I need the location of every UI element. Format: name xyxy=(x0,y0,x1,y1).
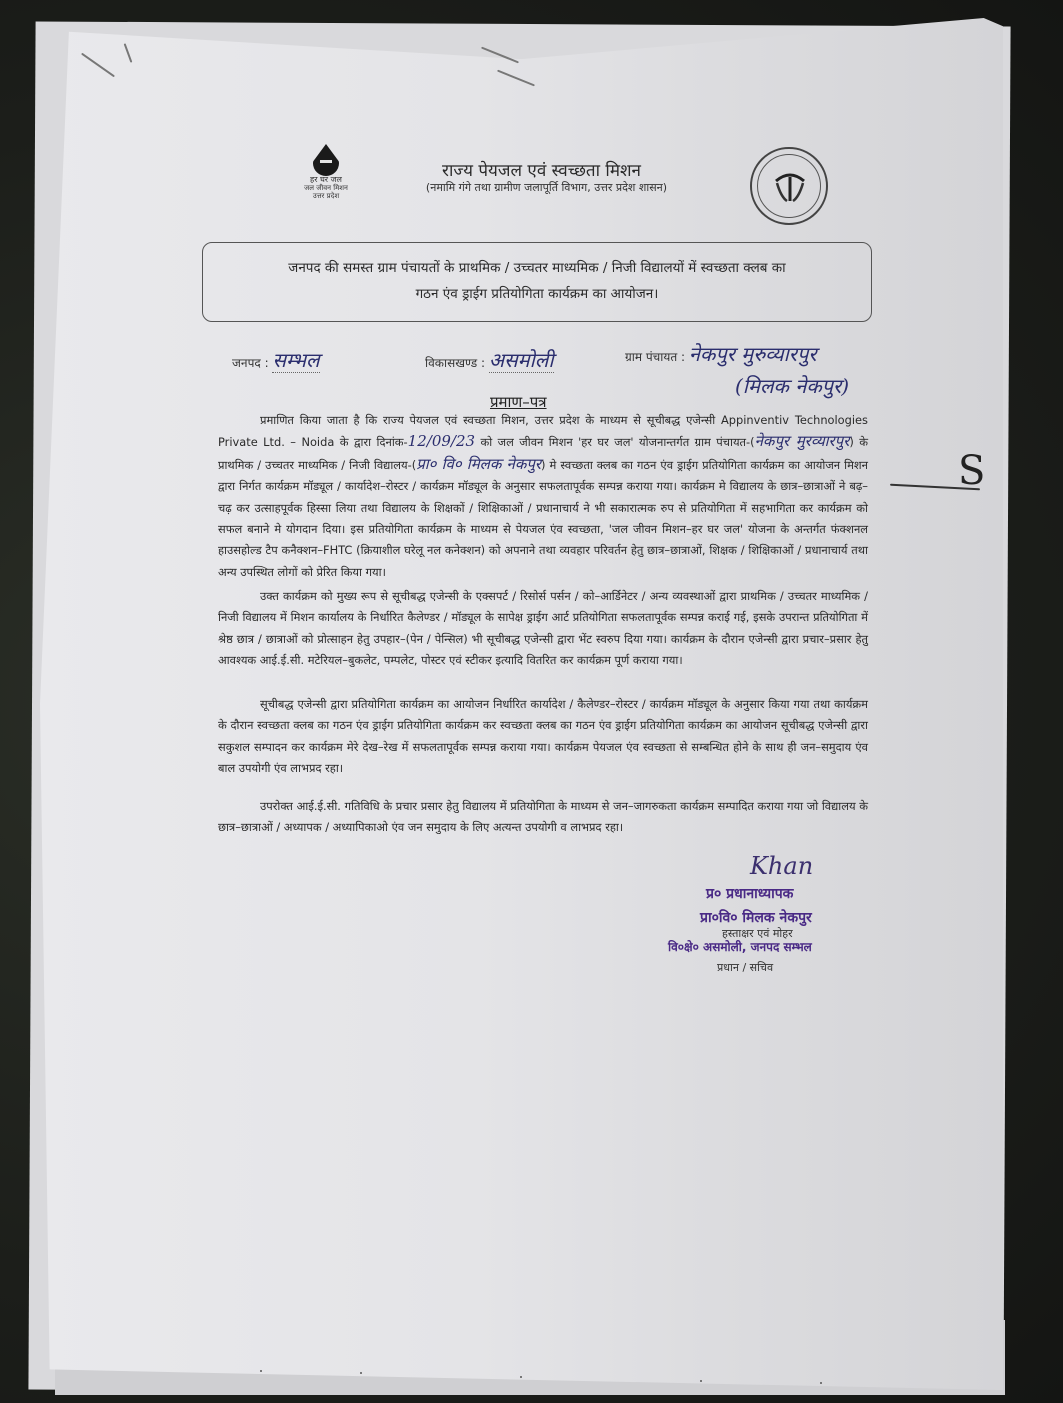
paragraph-1-text: ) मे स्वच्छता क्लब का गठन एंव ड्राईग प्र… xyxy=(218,458,868,579)
paragraph-1-text: को जल जीवन मिशन 'हर घर जल' योजनान्तर्गत … xyxy=(475,435,755,449)
organization-subtitle: (नमामि गंगे तथा ग्रामीण जलापूर्ति विभाग,… xyxy=(0,180,1063,195)
print-speck xyxy=(820,1382,822,1384)
panchayat-value-line2: (मिलक नेकपुर) xyxy=(735,374,849,398)
district-field: जनपद : सम्भल xyxy=(232,346,320,373)
panchayat-label: ग्राम पंचायत : xyxy=(625,350,685,364)
handwritten-signature: Khan xyxy=(750,852,813,880)
paragraph-2: उक्त कार्यक्रम को मुख्य रूप से सूचीबद्ध … xyxy=(218,586,868,672)
block-label: विकासखण्ड : xyxy=(425,356,485,370)
panchayat-field: ग्राम पंचायत : नेकपुर मुरुव्यारपुर xyxy=(625,340,817,367)
stamp-line1: प्र० प्रधानाध्यापक xyxy=(706,884,793,903)
block-field: विकासखण्ड : असमोली xyxy=(425,346,554,373)
subject-box: जनपद की समस्त ग्राम पंचायतों के प्राथमिक… xyxy=(202,242,872,322)
print-speck xyxy=(260,1370,262,1372)
print-speck xyxy=(700,1380,702,1382)
school-handwritten: प्रा० वि० मिलक नेकपुर xyxy=(416,455,541,473)
stamp-line2: प्रा०वि० मिलक नेकपुर xyxy=(700,908,812,927)
print-speck xyxy=(520,1376,522,1378)
certificate-title: प्रमाण–पत्र xyxy=(490,392,547,412)
subject-line1: जनपद की समस्त ग्राम पंचायतों के प्राथमिक… xyxy=(203,255,871,281)
panchayat-value-line1: नेकपुर मुरुव्यारपुर xyxy=(689,342,817,366)
paragraph-4: उपरोक्त आई.ई.सी. गतिविधि के प्रचार प्रसा… xyxy=(218,796,868,839)
stamp-line3: वि०क्षे० असमोली, जनपद सम्भल xyxy=(668,938,812,955)
role-label: प्रधान / सचिव xyxy=(717,960,773,975)
paragraph-3: सूचीबद्ध एजेन्सी द्वारा प्रतियोगिता कार्… xyxy=(218,694,868,780)
paragraph-1: प्रमाणित किया जाता है कि राज्य पेयजल एवं… xyxy=(218,410,868,583)
date-handwritten: 12/09/23 xyxy=(408,432,475,450)
panchayat-handwritten: नेकपुर मुरव्यारपुर xyxy=(755,432,850,450)
organization-title: राज्य पेयजल एवं स्वच्छता मिशन xyxy=(0,158,1063,181)
district-label: जनपद : xyxy=(232,356,269,370)
print-speck xyxy=(360,1372,362,1374)
block-value: असमोली xyxy=(489,348,554,373)
panchayat-field-line2: (मिलक नेकपुर) xyxy=(735,372,849,399)
district-value: सम्भल xyxy=(272,348,319,373)
subject-line2: गठन एंव ड्राईग प्रतियोगिता कार्यक्रम का … xyxy=(203,281,871,307)
